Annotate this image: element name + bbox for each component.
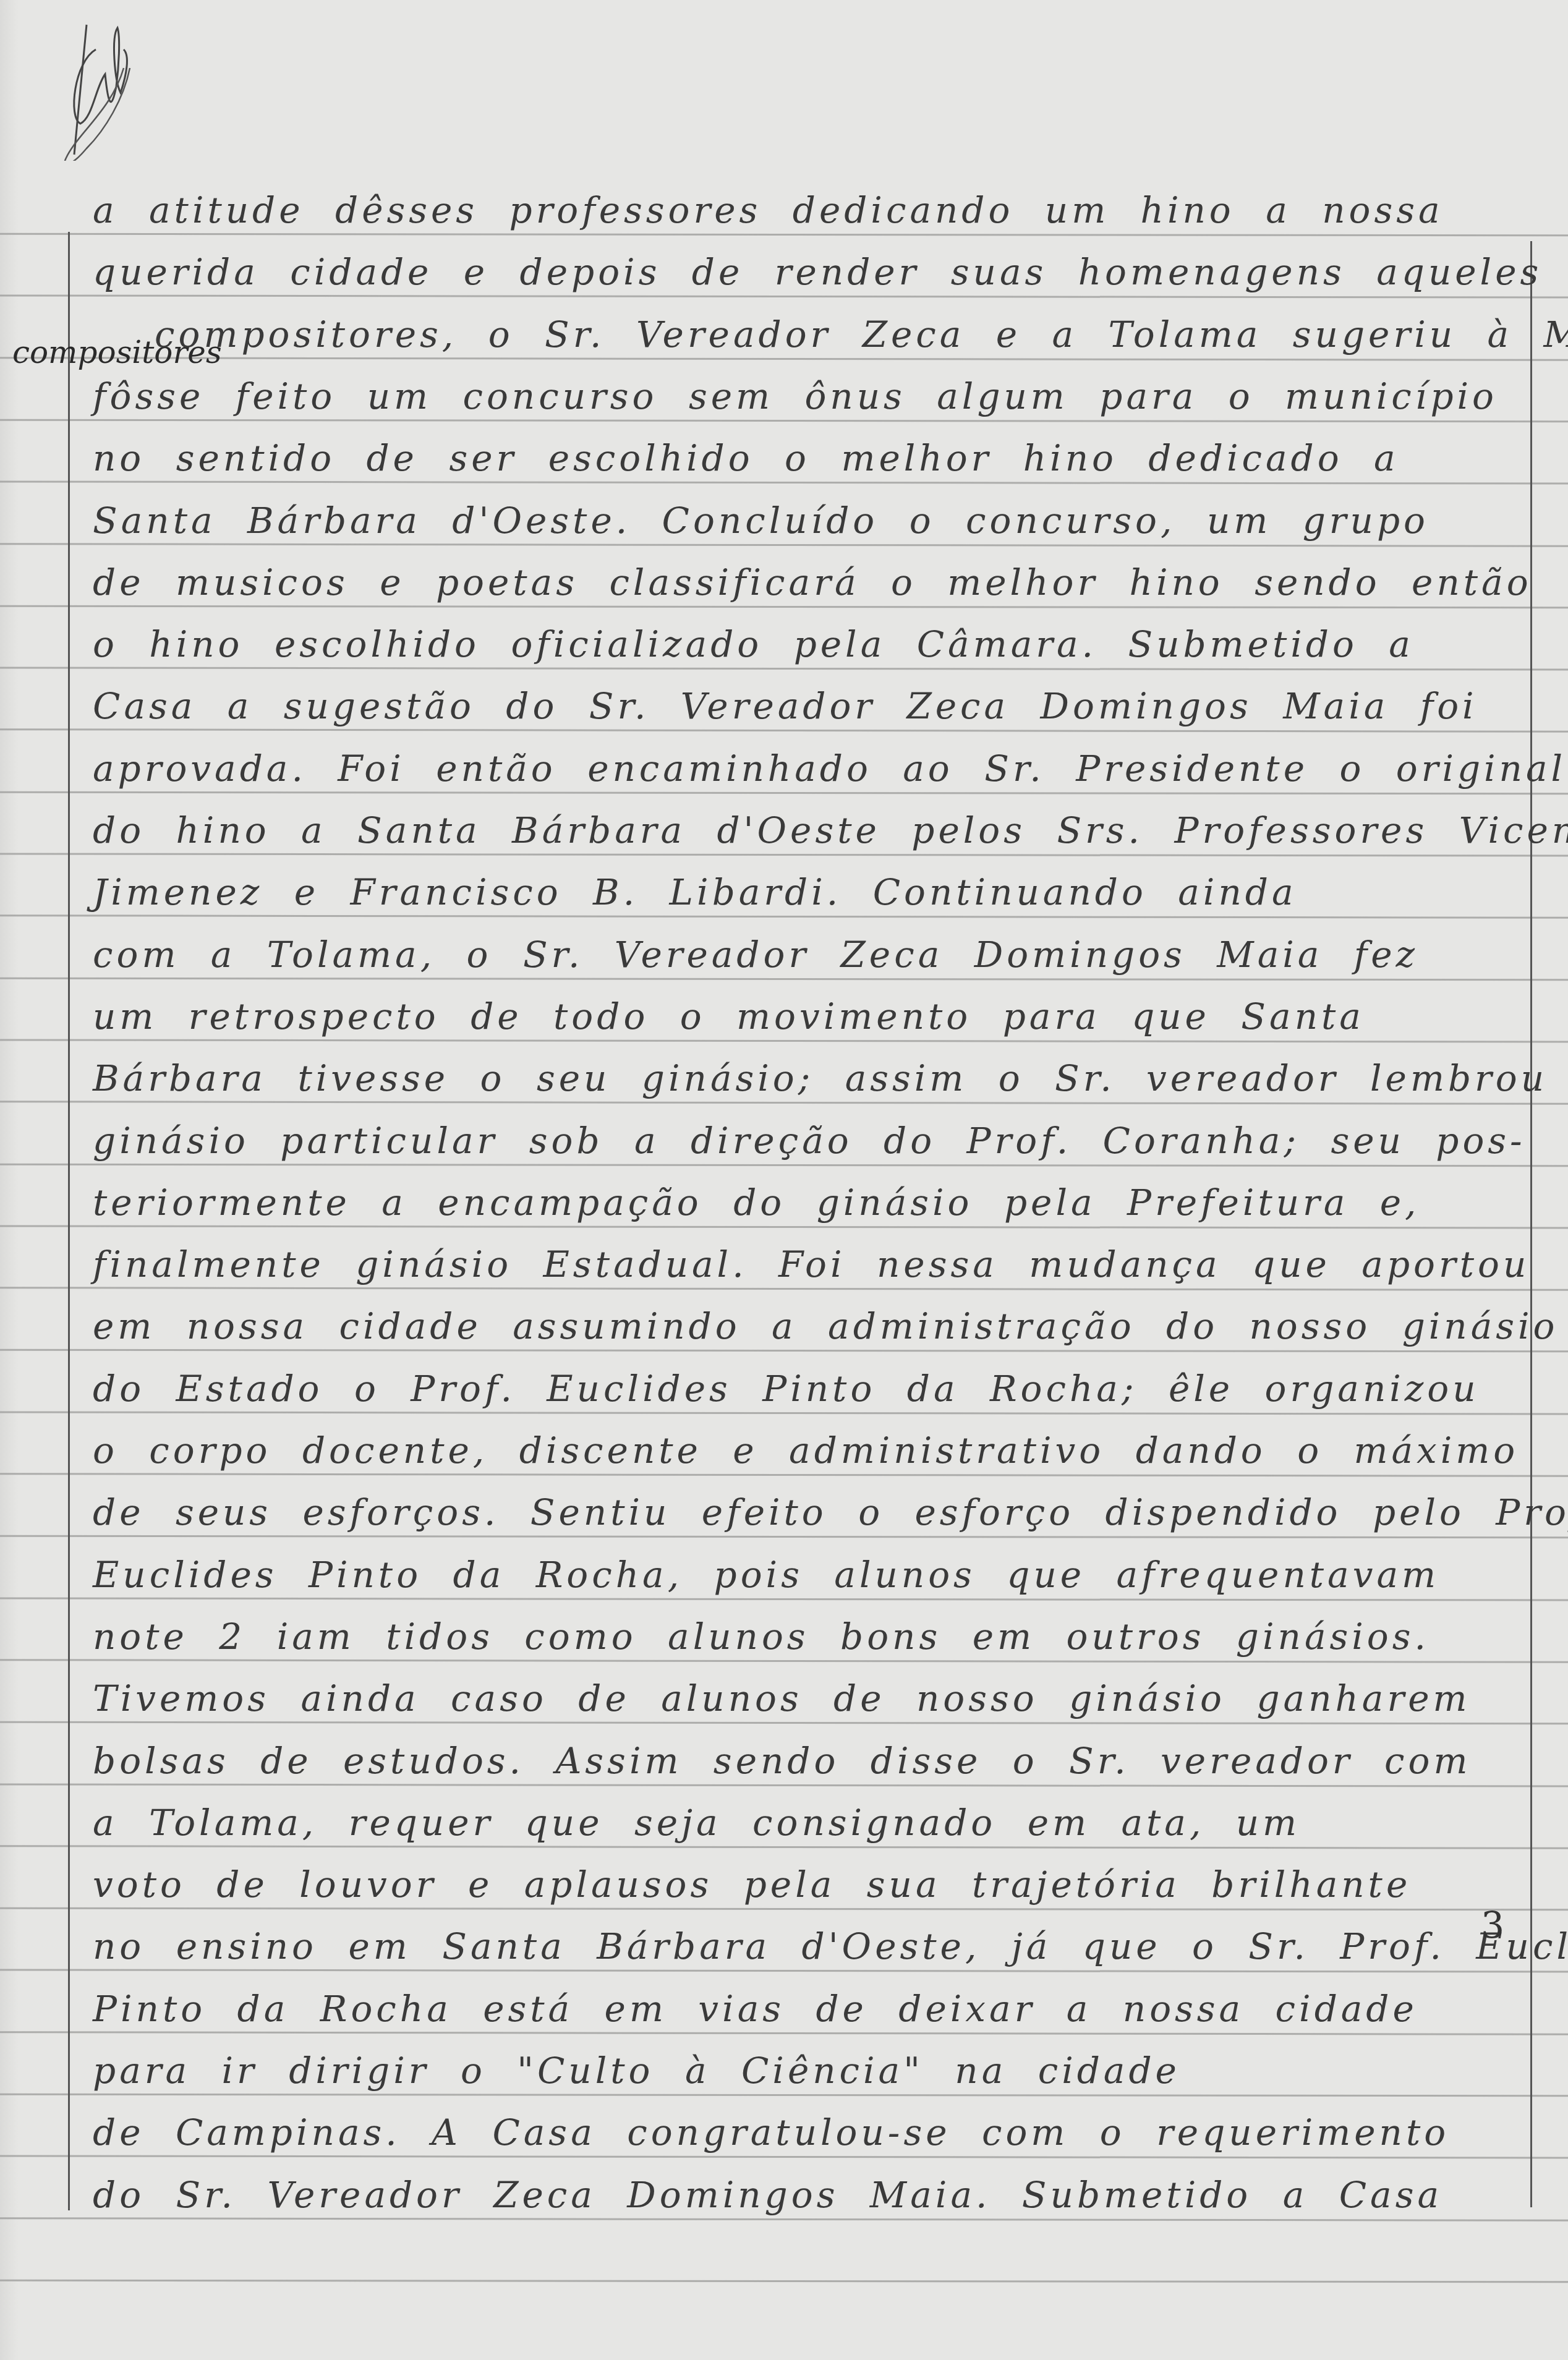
text-line: note 2 iam tidos como alunos bons em out… [93,1606,1515,1668]
text-line: Bárbara tivesse o seu ginásio; assim o S… [93,1047,1515,1109]
text-line: voto de louvor e aplausos pela sua traje… [93,1854,1515,1915]
side-mark: 3 [1481,1904,1504,1948]
text-line: bolsas de estudos. Assim sendo disse o S… [93,1730,1515,1792]
text-line: de musicos e poetas classificará o melho… [93,552,1515,613]
text-line: ginásio particular sob a direção do Prof… [93,1110,1515,1172]
scanned-page: compositores a atitude dêsses professore… [0,0,1568,2360]
text-line: aprovada. Foi então encaminhado ao Sr. P… [93,738,1515,799]
text-line: com a Tolama, o Sr. Vereador Zeca Doming… [93,924,1515,986]
text-line: Santa Bárbara d'Oeste. Concluído o concu… [93,490,1515,552]
text-line: um retrospecto de todo o movimento para … [93,986,1515,1047]
ruling-line [0,2280,1568,2283]
text-line: do Estado o Prof. Euclides Pinto da Roch… [93,1358,1515,1420]
text-line: para ir dirigir o "Culto à Ciência" na c… [93,2040,1515,2102]
text-line: no ensino em Santa Bárbara d'Oeste, já q… [93,1915,1515,1977]
text-line: o hino escolhido oficializado pela Câmar… [93,613,1515,675]
text-line: Jimenez e Francisco B. Libardi. Continua… [93,861,1515,923]
text-line: a Tolama, requer que seja consignado em … [93,1792,1515,1854]
text-line: Pinto da Rocha está em vias de deixar a … [93,1978,1515,2040]
text-line: Tivemos ainda caso de alunos de nosso gi… [93,1668,1515,1729]
text-line: fôsse feito um concurso sem ônus algum p… [93,365,1515,427]
text-line: no sentido de ser escolhido o melhor hin… [93,427,1515,489]
text-line: de Campinas. A Casa congratulou-se com o… [93,2102,1515,2163]
text-line: em nossa cidade assumindo a administraçã… [93,1295,1515,1357]
text-line: do Sr. Vereador Zeca Domingos Maia. Subm… [93,2164,1515,2226]
text-line: compositores, o Sr. Vereador Zeca e a To… [155,304,1568,365]
text-line: querida cidade e depois de render suas h… [93,241,1515,303]
text-line: teriormente a encampação do ginásio pela… [93,1172,1515,1233]
text-line: finalmente ginásio Estadual. Foi nessa m… [93,1233,1515,1295]
text-line: a atitude dêsses professores dedicando u… [93,179,1515,241]
text-line: o corpo docente, discente e administrati… [93,1420,1515,1481]
left-margin-line [68,232,70,2210]
text-line: de seus esforços. Sentiu efeito o esforç… [93,1481,1515,1543]
text-line: Euclides Pinto da Rocha, pois alunos que… [93,1544,1515,1606]
text-line: do hino a Santa Bárbara d'Oeste pelos Sr… [93,799,1515,861]
text-line: Casa a sugestão do Sr. Vereador Zeca Dom… [93,675,1515,737]
signature-initials-icon [37,12,185,161]
right-margin-line [1530,241,1532,2207]
